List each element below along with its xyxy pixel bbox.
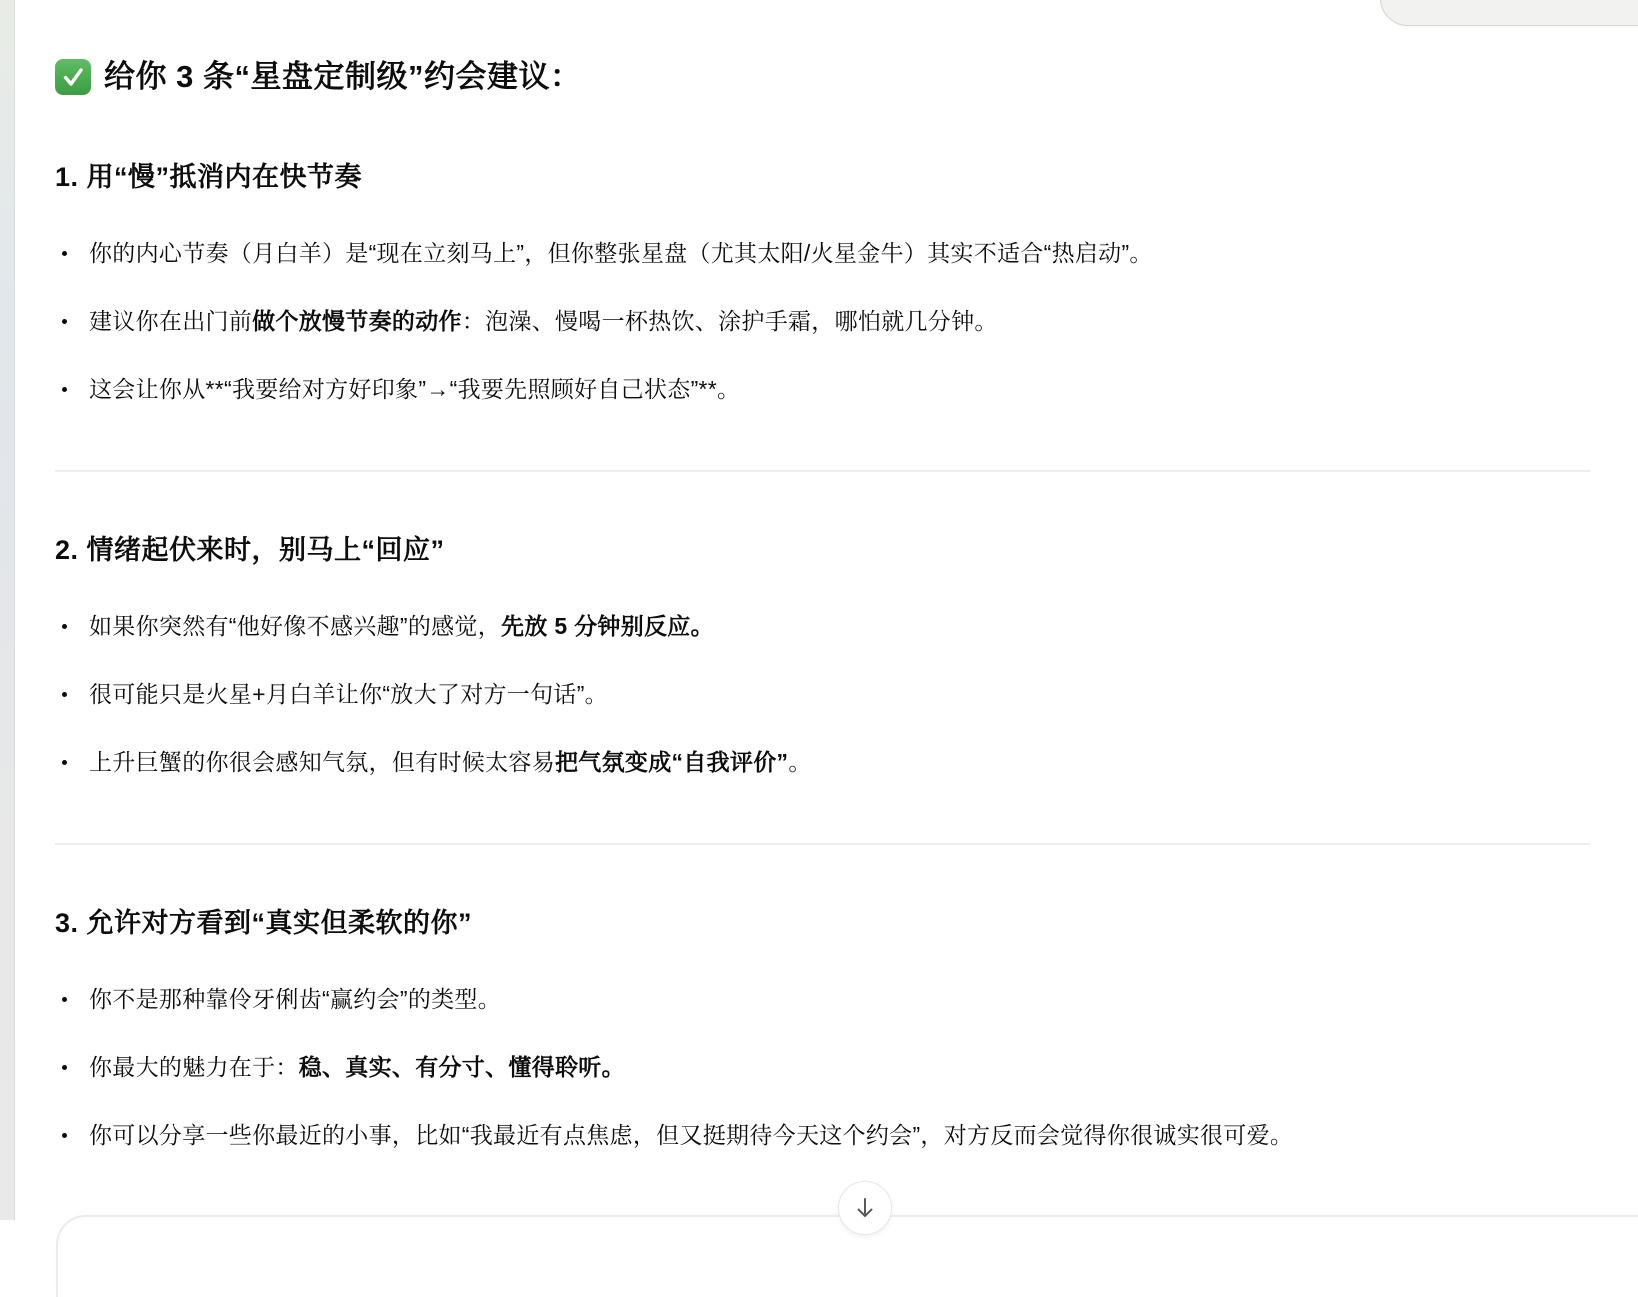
text: 建议你在出门前	[89, 308, 252, 334]
divider	[55, 470, 1590, 472]
bullet-icon	[62, 251, 67, 256]
bold-text: 稳、真实、有分寸、懂得聆听。	[299, 1054, 625, 1080]
text: 你可以分享一些你最近的小事，比如“我最近有点焦虑，但又挺期待今天这个约会”，对方…	[89, 1122, 1293, 1148]
divider	[55, 843, 1590, 845]
bullet-icon	[62, 624, 67, 629]
list-item: 上升巨蟹的你很会感知气氛，但有时候太容易把气氛变成“自我评价”。	[89, 745, 1590, 779]
down-arrow-icon	[852, 1195, 878, 1220]
section-heading: 3. 允许对方看到“真实但柔软的你”	[55, 903, 1590, 943]
list-item: 你可以分享一些你最近的小事，比如“我最近有点焦虑，但又挺期待今天这个约会”，对方…	[89, 1118, 1590, 1152]
list-item: 这会让你从**“我要给对方好印象”→“我要先照顾好自己状态”**。	[89, 372, 1590, 406]
text: 这会让你从**“我要给对方好印象”→“我要先照顾好自己状态”**。	[89, 376, 740, 402]
bold-text: 先放 5 分钟别反应。	[501, 613, 714, 639]
bullet-icon	[62, 760, 67, 765]
assistant-message: 给你 3 条“星盘定制级”约会建议： 1. 用“慢”抵消内在快节奏你的内心节奏（…	[15, 0, 1638, 1152]
window-edge	[0, 0, 15, 1220]
bullet-icon	[62, 997, 67, 1002]
text: 你的内心节奏（月白羊）是“现在立刻马上”，但你整张星盘（尤其太阳/火星金牛）其实…	[89, 240, 1153, 266]
text: ：泡澡、慢喝一杯热饮、涂护手霜，哪怕就几分钟。	[462, 308, 998, 334]
text: 你最大的魅力在于：	[89, 1054, 299, 1080]
bullet-list: 你不是那种靠伶牙俐齿“赢约会”的类型。你最大的魅力在于：稳、真实、有分寸、懂得聆…	[55, 982, 1590, 1152]
section-heading: 2. 情绪起伏来时，别马上“回应”	[55, 530, 1590, 570]
text: 很可能只是火星+月白羊让你“放大了对方一句话”。	[89, 681, 608, 707]
list-item: 很可能只是火星+月白羊让你“放大了对方一句话”。	[89, 677, 1590, 711]
list-item: 你最大的魅力在于：稳、真实、有分寸、懂得聆听。	[89, 1050, 1590, 1084]
bullet-list: 你的内心节奏（月白羊）是“现在立刻马上”，但你整张星盘（尤其太阳/火星金牛）其实…	[55, 236, 1590, 406]
bullet-icon	[62, 319, 67, 324]
bullet-icon	[62, 1065, 67, 1070]
chat-pane: 给你 3 条“星盘定制级”约会建议： 1. 用“慢”抵消内在快节奏你的内心节奏（…	[15, 0, 1638, 1220]
text: 。	[788, 749, 811, 775]
list-item: 如果你突然有“他好像不感兴趣”的感觉，先放 5 分钟别反应。	[89, 609, 1590, 643]
list-item: 建议你在出门前做个放慢节奏的动作：泡澡、慢喝一杯热饮、涂护手霜，哪怕就几分钟。	[89, 304, 1590, 338]
list-item: 你不是那种靠伶牙俐齿“赢约会”的类型。	[89, 982, 1590, 1016]
text: 你不是那种靠伶牙俐齿“赢约会”的类型。	[89, 986, 501, 1012]
bullet-icon	[62, 1133, 67, 1138]
check-mark-emoji-icon	[55, 59, 91, 95]
bullet-icon	[62, 692, 67, 697]
bold-text: 把气氛变成“自我评价”	[555, 749, 788, 775]
bullet-icon	[62, 387, 67, 392]
message-title: 给你 3 条“星盘定制级”约会建议：	[55, 55, 1590, 99]
bullet-list: 如果你突然有“他好像不感兴趣”的感觉，先放 5 分钟别反应。很可能只是火星+月白…	[55, 609, 1590, 779]
text: 上升巨蟹的你很会感知气氛，但有时候太容易	[89, 749, 555, 775]
message-title-text: 给你 3 条“星盘定制级”约会建议：	[104, 55, 581, 99]
text: 如果你突然有“他好像不感兴趣”的感觉，	[89, 613, 501, 639]
sections: 1. 用“慢”抵消内在快节奏你的内心节奏（月白羊）是“现在立刻马上”，但你整张星…	[55, 157, 1590, 1152]
bold-text: 做个放慢节奏的动作	[252, 308, 462, 334]
scroll-to-bottom-button[interactable]	[838, 1181, 892, 1220]
section-heading: 1. 用“慢”抵消内在快节奏	[55, 157, 1590, 197]
list-item: 你的内心节奏（月白羊）是“现在立刻马上”，但你整张星盘（尤其太阳/火星金牛）其实…	[89, 236, 1590, 270]
